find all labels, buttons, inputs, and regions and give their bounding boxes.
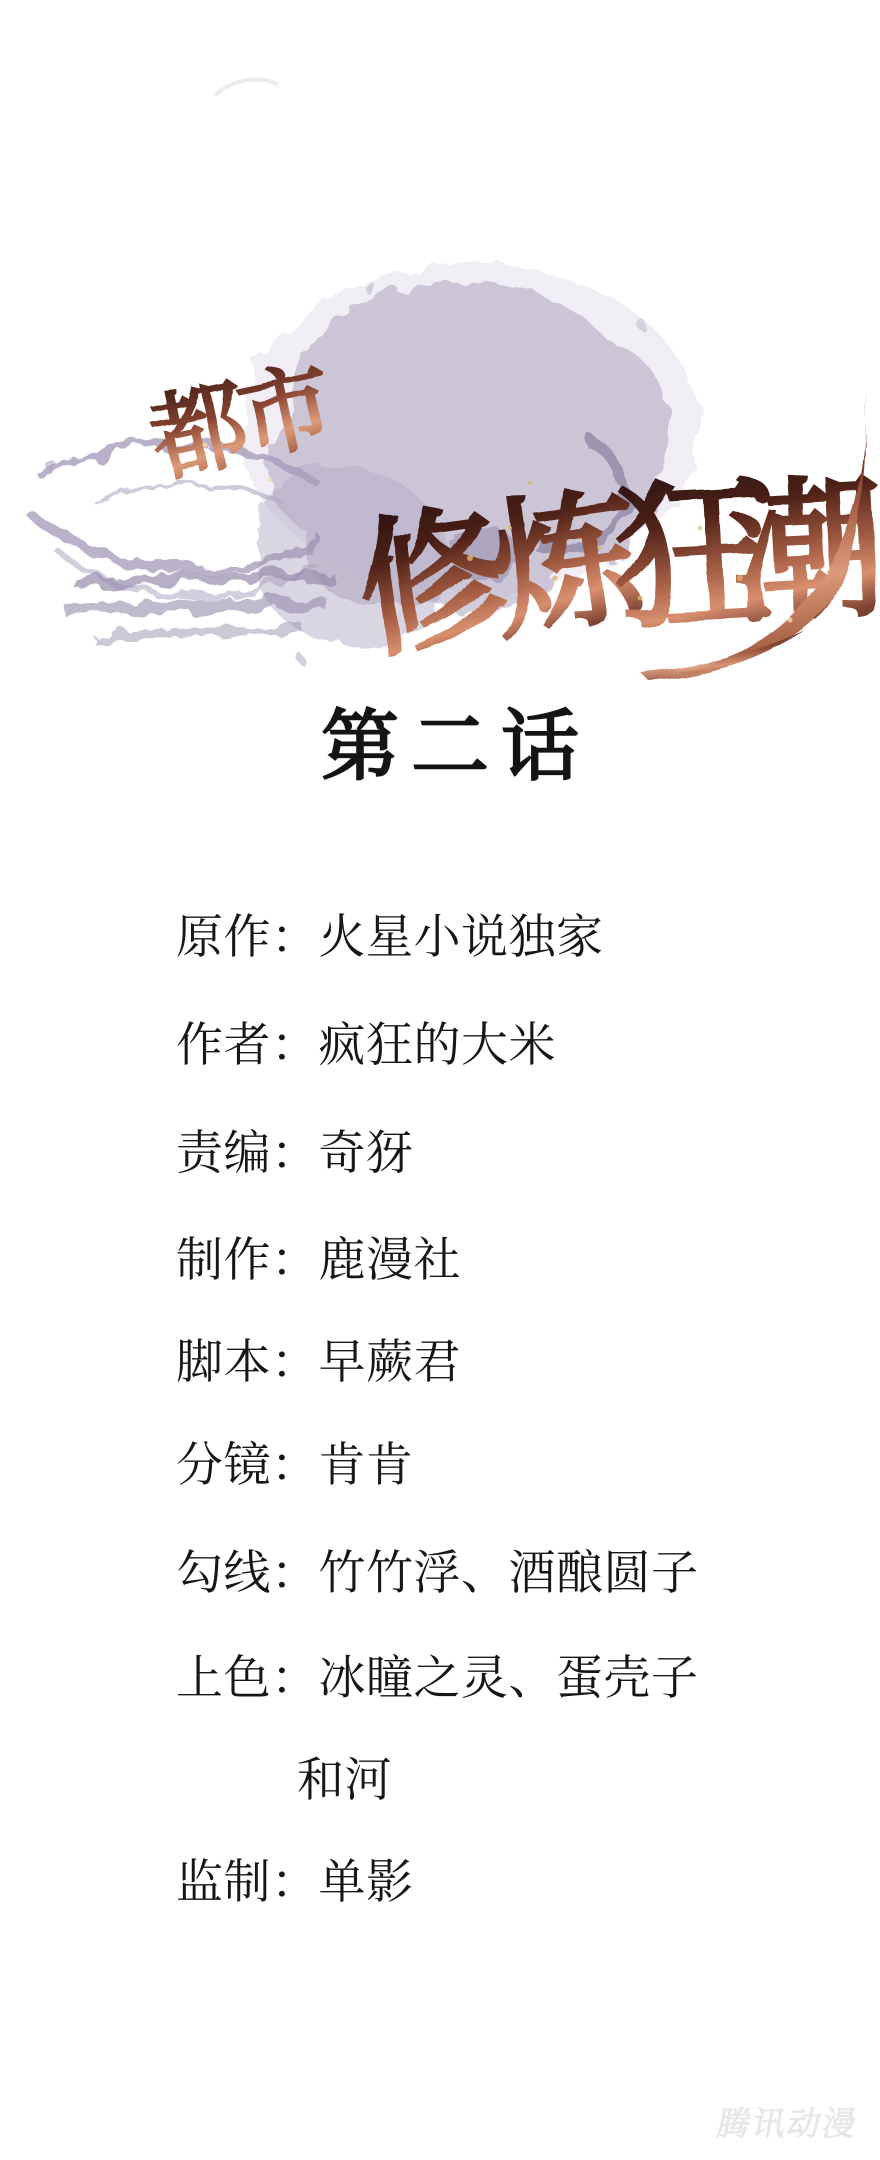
credit-supervisor: 监制：单影 (176, 1854, 414, 1910)
credit-editor: 责编：奇犽 (176, 1125, 414, 1181)
credit-coloring: 上色：冰瞳之灵、蛋壳子 (176, 1650, 699, 1706)
credit-author: 作者：疯狂的大米 (176, 1017, 556, 1073)
ink-wisp (215, 79, 278, 95)
series-logo: 都市 修炼 狂潮 (0, 60, 880, 690)
credit-script: 脚本：早蕨君 (176, 1334, 461, 1390)
chapter-title: 第二话 (321, 700, 591, 792)
tencent-comics-watermark: 腾讯动漫 (714, 2098, 862, 2145)
credit-production: 制作：鹿漫社 (176, 1232, 461, 1288)
credit-storyboard: 分镜：肯肯 (176, 1437, 414, 1493)
credit-coloring-continued: 和河 (297, 1752, 392, 1808)
comic-credits-page: 都市 修炼 狂潮 第二话 原作：火星小说独家 作者：疯狂的大米 责编：奇犽 (0, 0, 880, 2160)
credit-lineart: 勾线：竹竹浮、酒酿圆子 (176, 1545, 699, 1601)
credit-original: 原作：火星小说独家 (176, 909, 604, 965)
